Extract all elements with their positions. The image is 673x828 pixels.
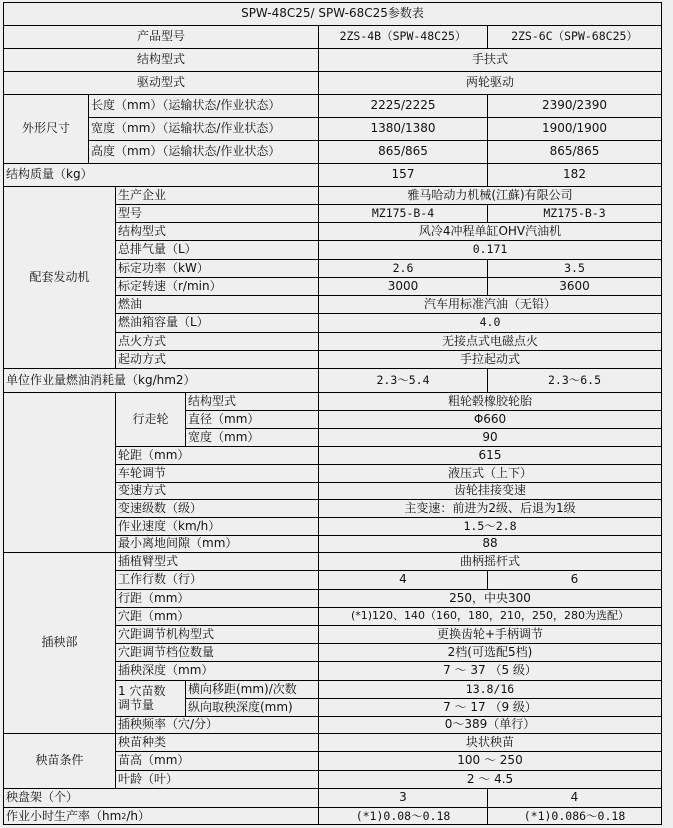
ignition-value: 无接点式电磁点火 bbox=[318, 332, 661, 350]
engine-displacement-value: 0.171 bbox=[318, 240, 661, 259]
arm-value: 曲柄摇杆式 bbox=[318, 552, 661, 570]
width-label: 宽度（mm）（运输状态/作业状态） bbox=[88, 117, 318, 140]
wheel-type-value: 粗轮毂橡胶轮胎 bbox=[318, 392, 661, 410]
product-model-label: 产品型号 bbox=[3, 25, 318, 48]
track-label: 轮距（mm） bbox=[115, 446, 318, 464]
hill-adjust-value: 更换齿轮+手柄调节 bbox=[318, 625, 661, 643]
transmission-value: 齿轮挂接变速 bbox=[318, 482, 661, 499]
engine-power-a: 2.6 bbox=[318, 259, 487, 277]
tray-rack-a: 3 bbox=[318, 788, 487, 807]
productivity-b: (*1)0.086～0.18 bbox=[487, 807, 661, 825]
hill-positions-label: 穴距调节档位数量 bbox=[115, 643, 318, 661]
arm-label: 插植臂型式 bbox=[115, 552, 318, 570]
tank-label: 燃油箱容量（L） bbox=[115, 313, 318, 332]
engine-type-label: 结构型式 bbox=[115, 222, 318, 240]
dimensions-group-label: 外形尺寸 bbox=[3, 94, 88, 163]
seedling-type-value: 块状秧苗 bbox=[318, 733, 661, 751]
hill-spacing-label: 穴距（mm） bbox=[115, 607, 318, 625]
ignition-label: 点火方式 bbox=[115, 332, 318, 350]
drive-label: 驱动型式 bbox=[3, 71, 318, 94]
track-value: 615 bbox=[318, 446, 661, 464]
mass-a: 157 bbox=[318, 163, 487, 186]
seedling-adjust-label-line2: 调节量 bbox=[118, 699, 154, 713]
seedling-adjust-group-label: 1 穴苗数 调节量 bbox=[115, 680, 185, 716]
work-speed-value: 1.5～2.8 bbox=[318, 517, 661, 535]
productivity-label: 作业小时生产率（hm2/h） bbox=[3, 807, 318, 825]
model-a-header: 2ZS-4B（SPW-48C25） bbox=[318, 25, 487, 48]
engine-speed-label: 标定转速（r/min） bbox=[115, 277, 318, 295]
start-value: 手拉起动式 bbox=[318, 350, 661, 368]
engine-power-label: 标定功率（kW） bbox=[115, 259, 318, 277]
rows-label: 工作行数（行） bbox=[115, 570, 318, 589]
gears-label: 变速级数（级） bbox=[115, 499, 318, 517]
depth-value: 7 ～ 37 （5 级） bbox=[318, 661, 661, 680]
clearance-label: 最小离地间隙（mm） bbox=[115, 535, 318, 552]
engine-speed-a: 3000 bbox=[318, 277, 487, 295]
depth-label: 插秧深度（mm） bbox=[115, 661, 318, 680]
wheel-group-label: 行走轮 bbox=[115, 392, 185, 446]
seedling-height-label: 苗高（mm） bbox=[115, 751, 318, 770]
engine-model-b: MZ175-B-3 bbox=[487, 204, 661, 222]
height-a: 865/865 bbox=[318, 140, 487, 163]
wheel-width-label: 宽度（mm） bbox=[185, 428, 318, 446]
engine-model-label: 型号 bbox=[115, 204, 318, 222]
row-spacing-label: 行距（mm） bbox=[115, 589, 318, 607]
clearance-value: 88 bbox=[318, 535, 661, 552]
hill-adjust-label: 穴距调节机构型式 bbox=[115, 625, 318, 643]
fuel-consumption-a: 2.3～5.4 bbox=[318, 368, 487, 392]
model-b-header: 2ZS-6C（SPW-68C25） bbox=[487, 25, 661, 48]
tray-rack-label: 秧盘架（个） bbox=[3, 788, 318, 807]
mass-b: 182 bbox=[487, 163, 661, 186]
tank-value: 4.0 bbox=[318, 313, 661, 332]
longitudinal-label: 纵向取秧深度(mm) bbox=[185, 698, 318, 716]
engine-speed-b: 3600 bbox=[487, 277, 661, 295]
length-a: 2225/2225 bbox=[318, 94, 487, 117]
productivity-label-suffix: /h） bbox=[126, 810, 150, 824]
width-b: 1900/1900 bbox=[487, 117, 661, 140]
table-title: SPW-48C25/ SPW-68C25参数表 bbox=[3, 2, 661, 25]
seedling-height-value: 100 ～ 250 bbox=[318, 751, 661, 770]
productivity-label-prefix: 作业小时生产率（hm bbox=[6, 810, 121, 824]
gears-value: 主变速：前进为2级、后退为1级 bbox=[318, 499, 661, 517]
frequency-value: 0～389（单行） bbox=[318, 716, 661, 733]
lateral-label: 横向移距(mm)/次数 bbox=[185, 680, 318, 698]
engine-model-a: MZ175-B-4 bbox=[318, 204, 487, 222]
fuel-value: 汽车用标准汽油（无铅） bbox=[318, 295, 661, 313]
lateral-value: 13.8/16 bbox=[318, 680, 661, 698]
engine-group-label: 配套发动机 bbox=[3, 186, 115, 368]
engine-power-b: 3.5 bbox=[487, 259, 661, 277]
fuel-consumption-b: 2.3～6.5 bbox=[487, 368, 661, 392]
row-spacing-value: 250，中央300 bbox=[318, 589, 661, 607]
seedling-type-label: 秧苗种类 bbox=[115, 733, 318, 751]
drive-value: 两轮驱动 bbox=[318, 71, 661, 94]
work-speed-label: 作业速度（km/h） bbox=[115, 517, 318, 535]
mass-label: 结构质量（kg） bbox=[3, 163, 318, 186]
fuel-consumption-label: 单位作业量燃油消耗量（kg/hm2） bbox=[3, 368, 318, 392]
spec-table: SPW-48C25/ SPW-68C25参数表 产品型号 2ZS-4B（SPW-… bbox=[3, 2, 661, 825]
leaf-age-value: 2 ～ 4.5 bbox=[318, 770, 661, 788]
hill-positions-value: 2档(可选配5档) bbox=[318, 643, 661, 661]
rows-b: 6 bbox=[487, 570, 661, 589]
frequency-label: 插秧频率（穴/分） bbox=[115, 716, 318, 733]
hill-spacing-value: (*1)120、140（160，180，210，250，280为选配） bbox=[318, 607, 661, 625]
wheel-adjust-label: 车轮调节 bbox=[115, 464, 318, 482]
productivity-a: (*1)0.08～0.18 bbox=[318, 807, 487, 825]
wheel-diameter-value: Φ660 bbox=[318, 410, 661, 428]
tray-rack-b: 4 bbox=[487, 788, 661, 807]
length-b: 2390/2390 bbox=[487, 94, 661, 117]
leaf-age-label: 叶龄（叶） bbox=[115, 770, 318, 788]
structure-value: 手扶式 bbox=[318, 48, 661, 71]
wheel-diameter-label: 直径（mm） bbox=[185, 410, 318, 428]
width-a: 1380/1380 bbox=[318, 117, 487, 140]
length-label: 长度（mm）（运输状态/作业状态） bbox=[88, 94, 318, 117]
wheel-adjust-value: 液压式（上下） bbox=[318, 464, 661, 482]
engine-type-value: 风冷4冲程单缸OHV汽油机 bbox=[318, 222, 661, 240]
height-b: 865/865 bbox=[487, 140, 661, 163]
engine-displacement-label: 总排气量（L） bbox=[115, 240, 318, 259]
engine-manufacturer-value: 雅马哈动力机械(江蘇)有限公司 bbox=[318, 186, 661, 204]
rows-a: 4 bbox=[318, 570, 487, 589]
planting-group-label: 插秧部 bbox=[3, 552, 115, 733]
engine-manufacturer-label: 生产企业 bbox=[115, 186, 318, 204]
travel-group-label bbox=[3, 392, 115, 552]
seedling-adjust-label-line1: 1 穴苗数 bbox=[118, 685, 165, 699]
wheel-type-label: 结构型式 bbox=[185, 392, 318, 410]
wheel-width-value: 90 bbox=[318, 428, 661, 446]
fuel-label: 燃油 bbox=[115, 295, 318, 313]
transmission-label: 变速方式 bbox=[115, 482, 318, 499]
height-label: 高度（mm）（运输状态/作业状态） bbox=[88, 140, 318, 163]
seedling-group-label: 秧苗条件 bbox=[3, 733, 115, 788]
start-label: 起动方式 bbox=[115, 350, 318, 368]
longitudinal-value: 7 ～ 17 （9 级） bbox=[318, 698, 661, 716]
structure-label: 结构型式 bbox=[3, 48, 318, 71]
